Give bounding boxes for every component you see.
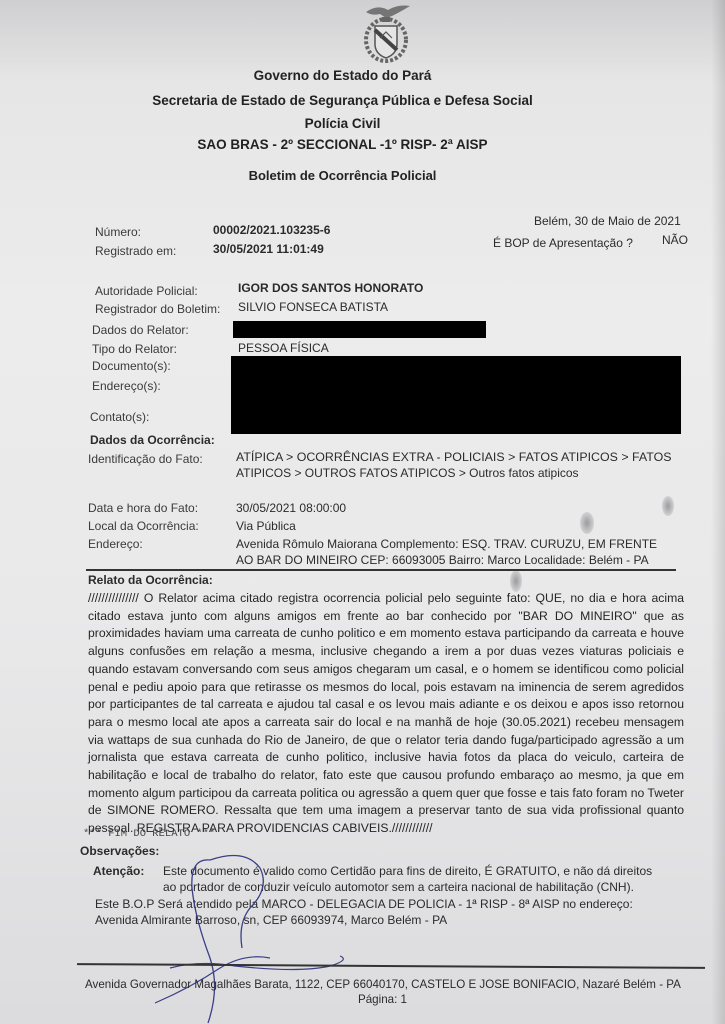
local-value: Via Pública <box>236 519 296 533</box>
documentos-label: Documento(s): <box>92 359 171 373</box>
ink-smudge <box>510 570 522 592</box>
ink-smudge <box>662 496 674 516</box>
registrado-label: Registrado em: <box>95 244 176 258</box>
header-government: Governo do Estado do Pará <box>0 68 705 83</box>
autoridade-label: Autoridade Policial: <box>95 284 198 298</box>
endereco-label: Endereço: <box>88 537 143 551</box>
police-report-document: Governo do Estado do Pará Secretaria de … <box>0 0 725 1024</box>
atencao-line2: ao portador de conduzir veículo automoto… <box>163 880 634 894</box>
endereco-line2: AO BAR DO MINEIRO CEP: 66093005 Bairro: … <box>236 553 649 567</box>
numero-label: Número: <box>95 225 141 239</box>
atencao-label: Atenção: <box>93 864 144 878</box>
document-title: Boletim de Ocorrência Policial <box>0 168 705 183</box>
page-number: Página: 1 <box>358 993 407 1006</box>
bop-apresentacao-value: NÃO <box>662 233 688 247</box>
contatos-label: Contato(s): <box>90 410 149 424</box>
relato-section-title: Relato da Ocorrência: <box>88 573 213 587</box>
observacoes-title: Observações: <box>80 844 159 858</box>
tipo-relator-value: PESSOA FÍSICA <box>238 341 329 355</box>
identificacao-line2: ATIPICOS > OUTROS FATOS ATIPICOS > Outro… <box>236 466 579 480</box>
header-secretariat: Secretaria de Estado de Segurança Públic… <box>0 93 705 108</box>
endereco-line1: Avenida Rômulo Maiorana Complemento: ESQ… <box>236 537 657 551</box>
dados-relator-label: Dados do Relator: <box>92 323 189 337</box>
header-police: Polícia Civil <box>0 116 705 131</box>
tipo-relator-label: Tipo do Relator: <box>92 342 177 356</box>
atendimento-line2: Avenida Almirante Barroso, sn, CEP 66093… <box>95 913 447 927</box>
registrado-value: 30/05/2021 11:01:49 <box>213 242 324 256</box>
redacted-relator-data <box>233 321 486 338</box>
header-unit: SAO BRAS - 2º SECCIONAL -1º RISP- 2ª AIS… <box>0 137 705 152</box>
ocorrencia-section-title: Dados da Ocorrência: <box>90 433 215 447</box>
identificacao-label: Identificação do Fato: <box>88 452 203 466</box>
enderecos-label: Endereço(s): <box>92 379 161 393</box>
registrador-value: SILVIO FONSECA BATISTA <box>238 300 388 314</box>
relato-text: /////////////// O Relator acima citado r… <box>88 590 684 838</box>
ink-smudge <box>580 512 594 534</box>
page-edge-shadow <box>711 0 725 1024</box>
redacted-contact-block <box>231 356 681 434</box>
local-label: Local da Ocorrência: <box>88 519 199 533</box>
autoridade-value: IGOR DOS SANTOS HONORATO <box>238 281 423 295</box>
bop-apresentacao-label: É BOP de Apresentação ? <box>493 236 633 250</box>
footer-divider <box>77 963 705 968</box>
registrador-label: Registrador do Boletim: <box>95 302 220 316</box>
atendimento-line1: Este B.O.P Será atendido pela MARCO - DE… <box>95 897 633 911</box>
atencao-line1: Este documento é valido como Certidão pa… <box>163 864 652 878</box>
place-date: Belém, 30 de Maio de 2021 <box>534 214 681 228</box>
state-coat-of-arms-icon <box>358 2 414 64</box>
numero-value: 00002/2021.103235-6 <box>213 223 330 237</box>
identificacao-line1: ATÍPICA > OCORRÊNCIAS EXTRA - POLICIAIS … <box>236 450 672 464</box>
fim-relato-marker: *** FIM DO RELATO *** <box>83 828 215 840</box>
section-divider <box>86 569 676 571</box>
data-hora-value: 30/05/2021 08:00:00 <box>236 501 346 515</box>
footer-address: Avenida Governador Magalhães Barata, 112… <box>85 978 681 991</box>
data-hora-label: Data e hora do Fato: <box>88 501 198 515</box>
